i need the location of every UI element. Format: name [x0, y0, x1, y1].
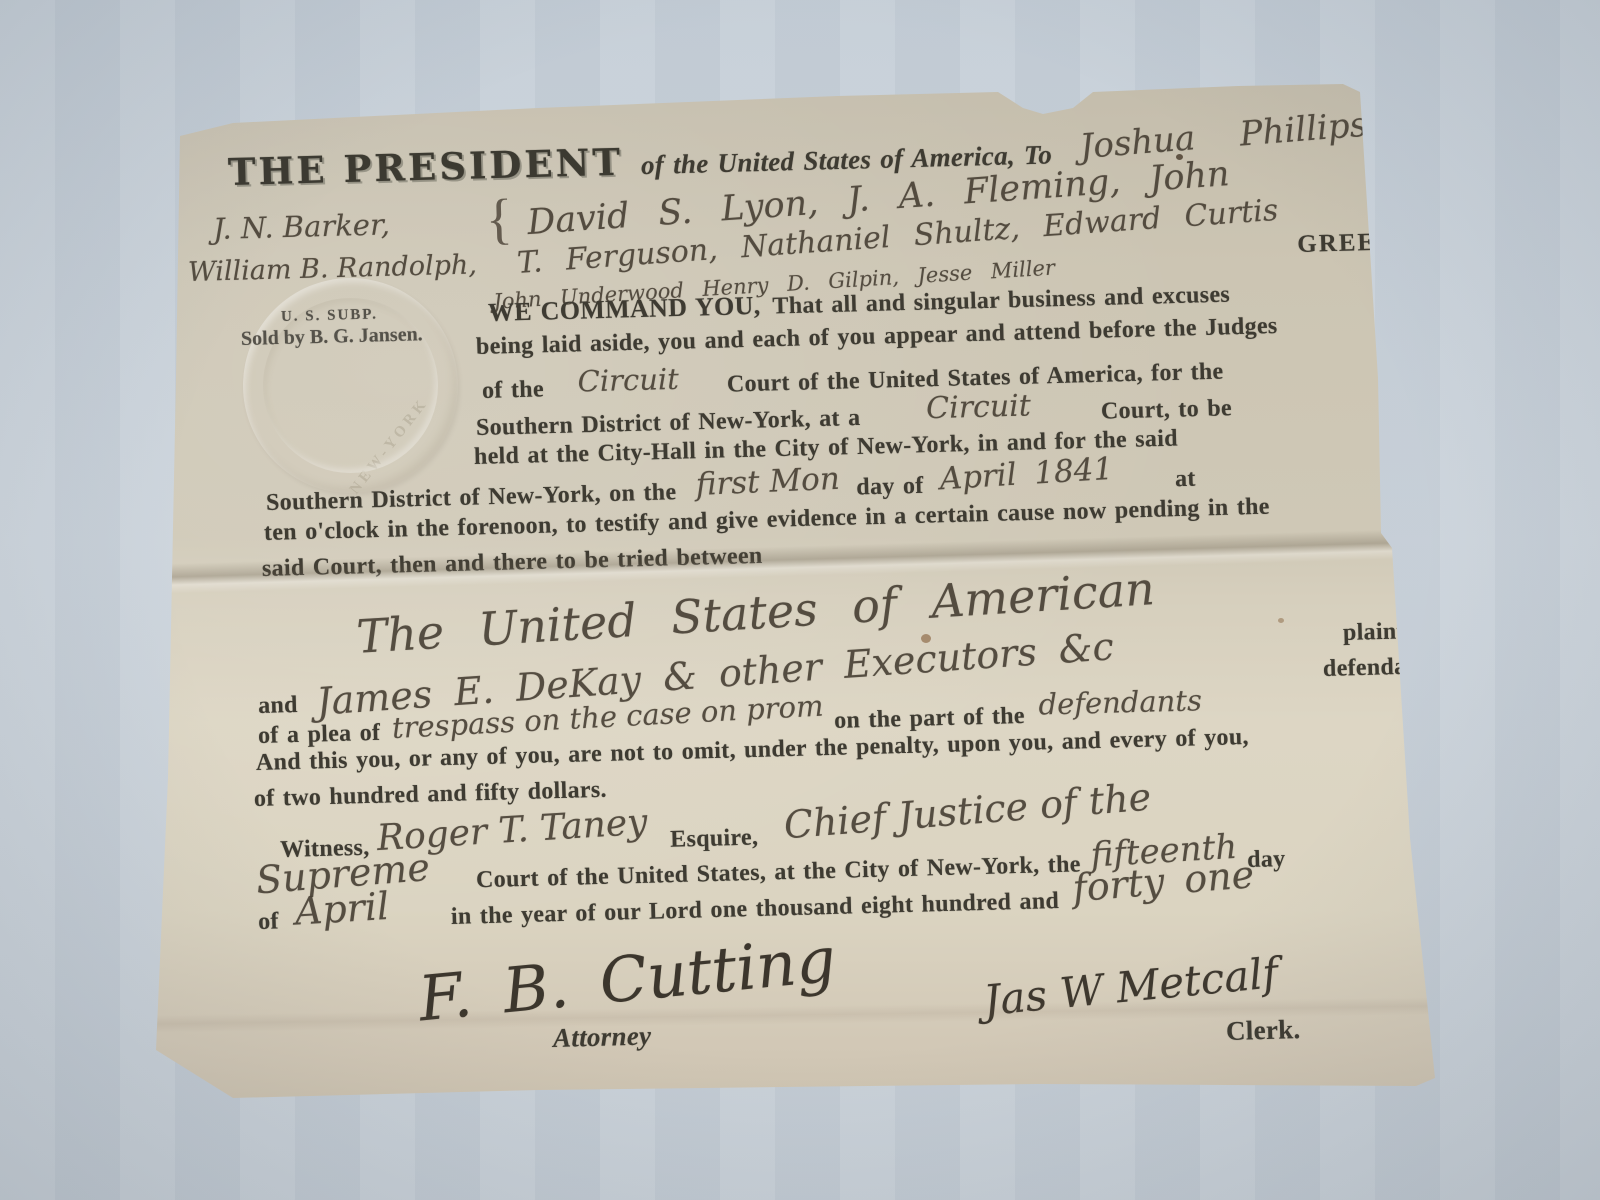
greeting-label: GREETING : [1297, 226, 1469, 257]
command-text: of the [482, 376, 544, 404]
command-text: said Court, then and there to be tried b… [262, 543, 763, 582]
photograph: NEW-YORK THE PRESIDENT of the United Sta… [0, 0, 1600, 1200]
plea-party-hw: defendants [1038, 683, 1202, 721]
witness-text: of [258, 908, 279, 935]
clerk-label: Clerk. [1226, 1014, 1301, 1046]
witness-month-hw: April [293, 884, 390, 934]
plaintiff-label: plaintiff [1343, 618, 1429, 646]
court-type-hw: Circuit [577, 362, 679, 399]
defendant-label-line: defendant [1323, 653, 1429, 683]
foxing-spot [1278, 618, 1284, 623]
stationer-stamp: U. S. SUBP. [281, 305, 378, 326]
plaintiff-label-line: plaintiff [1343, 618, 1429, 647]
command-text: at [1175, 466, 1196, 493]
stamp-line-2: Sold by B. G. Jansen. [241, 323, 423, 350]
clerk-label-line: Clerk. [1226, 1014, 1301, 1047]
command-text: Court, to be [1101, 395, 1233, 424]
clerk-signature-hw: Jas W Metcalf [981, 948, 1280, 1025]
we-command-you: WE COMMAND YOU, [488, 291, 761, 327]
plea-text: of a plea of [258, 720, 381, 749]
stamp-line-1: U. S. SUBP. [281, 306, 378, 325]
stationer-stamp-2: Sold by B. G. Jansen. [241, 323, 423, 351]
clerk-signature-line: Jas W Metcalf [982, 958, 1279, 1015]
attorney-label: Attorney [553, 1020, 652, 1053]
court-day-hw: first Mon [695, 461, 841, 503]
plea-text: on the part of the [834, 703, 1025, 734]
addressee-name-hw: William B. Randolph, [188, 249, 478, 288]
brace-mark: { [485, 188, 514, 251]
defendant-label: defendant [1323, 653, 1429, 682]
court-type-hw: Circuit [926, 388, 1032, 426]
addressee-name-hw: J. N. Barker, [213, 207, 391, 246]
attorney-label-line: Attorney [553, 1020, 652, 1054]
witness-text: in the year of our Lord one thousand eig… [451, 888, 1060, 930]
attorney-signature-hw: F. B. Cutting [415, 923, 838, 1036]
subpoena-document: NEW-YORK THE PRESIDENT of the United Sta… [138, 78, 1450, 1118]
command-line-8: said Court, then and there to be tried b… [262, 543, 763, 583]
attorney-signature-line: F. B. Cutting [417, 937, 837, 1021]
command-text: day of [856, 473, 924, 501]
masthead-title: THE PRESIDENT [227, 140, 623, 194]
